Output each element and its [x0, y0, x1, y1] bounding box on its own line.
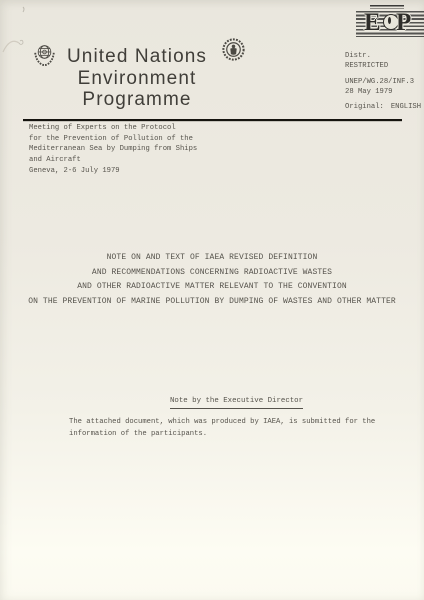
- distr-value: RESTRICTED: [345, 61, 421, 71]
- header-divider: [23, 119, 402, 121]
- original-value: ENGLISH: [391, 103, 421, 111]
- org-name-line1: United Nations: [57, 46, 217, 68]
- note-body-line: information of the participants.: [69, 429, 375, 441]
- unep-emblem-icon: [220, 36, 247, 63]
- distr-label: Distr.: [345, 51, 421, 61]
- original-label: Original:: [345, 103, 384, 111]
- document-title: NOTE ON AND TEXT OF IAEA REVISED DEFINIT…: [0, 251, 424, 310]
- doc-number: UNEP/WG.28/INF.3: [345, 77, 421, 87]
- un-emblem-icon: [31, 41, 58, 68]
- unep-ep-stamp: E P: [356, 5, 424, 40]
- meeting-line: and Aircraft: [29, 155, 197, 166]
- note-body: The attached document, which was produce…: [69, 417, 375, 440]
- meeting-line: for the Prevention of Pollution of the: [29, 134, 197, 145]
- meeting-line: Mediterranean Sea by Dumping from Ships: [29, 144, 197, 155]
- stamp-letter-e: E: [364, 8, 381, 38]
- stamp-letter-p: P: [396, 8, 411, 38]
- document-page: E P Distr. RESTRICTED UNEP/WG.28/INF.3 2…: [0, 0, 424, 600]
- meeting-line: Meeting of Experts on the Protocol: [29, 123, 197, 134]
- title-line: AND OTHER RADIOACTIVE MATTER RELEVANT TO…: [0, 280, 424, 295]
- org-name: United Nations Environment Programme: [57, 46, 217, 111]
- distribution-block: Distr. RESTRICTED UNEP/WG.28/INF.3 28 Ma…: [345, 51, 421, 112]
- meeting-location-date: Geneva, 2-6 July 1979: [29, 166, 120, 177]
- org-name-line3: Programme: [57, 89, 217, 111]
- doc-date: 28 May 1979: [345, 87, 421, 97]
- title-line: ON THE PREVENTION OF MARINE POLLUTION BY…: [0, 295, 424, 310]
- org-name-line2: Environment: [57, 68, 217, 90]
- note-heading: Note by the Executive Director: [170, 396, 303, 409]
- title-line: AND RECOMMENDATIONS CONCERNING RADIOACTI…: [0, 266, 424, 281]
- original-language: Original:ENGLISH: [345, 102, 421, 112]
- meeting-block: Meeting of Experts on the Protocol for t…: [29, 123, 197, 165]
- note-body-line: The attached document, which was produce…: [69, 417, 375, 429]
- title-line: NOTE ON AND TEXT OF IAEA REVISED DEFINIT…: [0, 251, 424, 266]
